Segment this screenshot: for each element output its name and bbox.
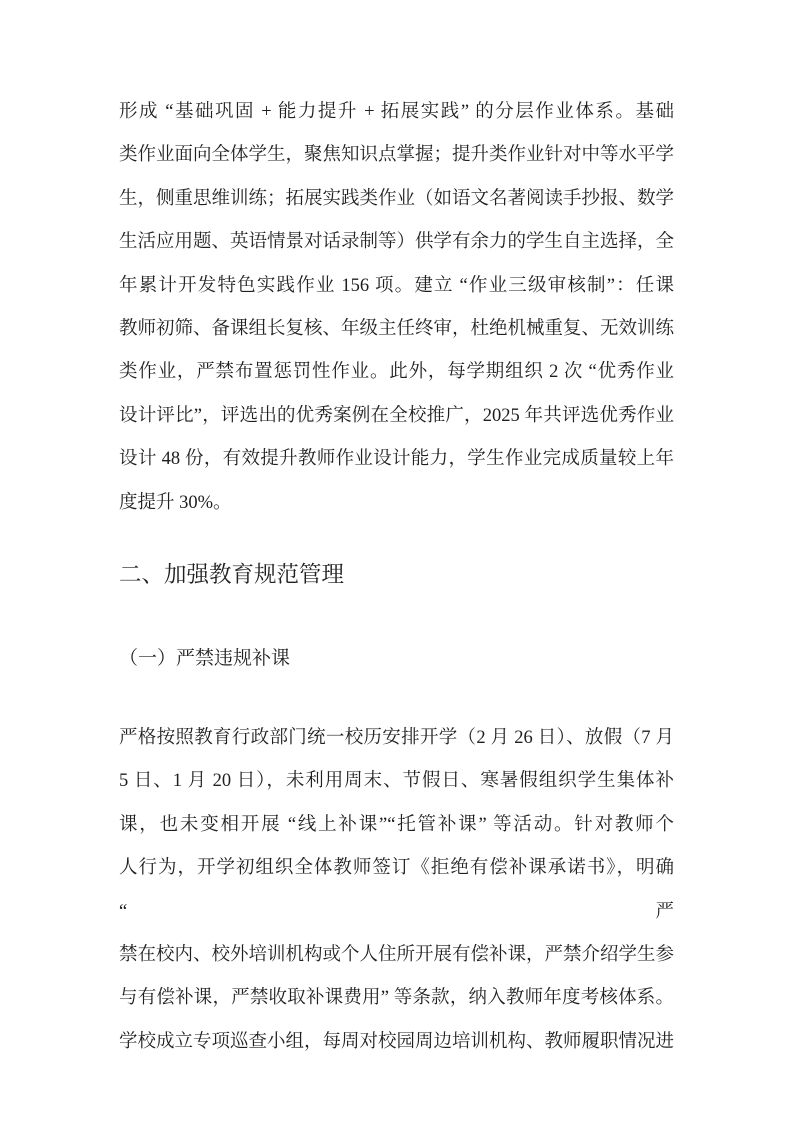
sub-heading: （一）严禁违规补课 <box>119 637 674 680</box>
text-line: 设计评比”，评选出的优秀案例在全校推广，2025 年共评选优秀作业 <box>119 395 674 438</box>
text-line: 教师初筛、备课组长复核、年级主任终审，杜绝机械重复、无效训练 <box>119 308 674 351</box>
text-line: 严格按照教育行政部门统一校历安排开学（2 月 26 日）、放假（7 月 <box>119 717 674 760</box>
text-line: 5 日、1 月 20 日），未利用周末、节假日、寒暑假组织学生集体补 <box>119 760 674 803</box>
text-line: 形成 “基础巩固 + 能力提升 + 拓展实践” 的分层作业体系。基础 <box>119 91 674 134</box>
text-line: 生，侧重思维训练；拓展实践类作业（如语文名著阅读手抄报、数学 <box>119 178 674 221</box>
text-line: 课，也未变相开展 “线上补课”“托管补课” 等活动。针对教师个 <box>119 804 674 847</box>
text-line: 人行为，开学初组织全体教师签订《拒绝有偿补课承诺书》，明确 “严 <box>119 847 674 934</box>
text-line: 学校成立专项巡查小组，每周对校园周边培训机构、教师履职情况进 <box>119 1021 674 1064</box>
paragraph-no-illegal-tutoring: 严格按照教育行政部门统一校历安排开学（2 月 26 日）、放假（7 月 5 日、… <box>119 717 674 1064</box>
text-line: 年累计开发特色实践作业 156 项。建立 “作业三级审核制”：任课 <box>119 265 674 308</box>
text-line: 设计 48 份，有效提升教师作业设计能力，学生作业完成质量较上年 <box>119 438 674 481</box>
text-line: 禁在校内、校外培训机构或个人住所开展有偿补课，严禁介绍学生参 <box>119 934 674 977</box>
document-page: 形成 “基础巩固 + 能力提升 + 拓展实践” 的分层作业体系。基础 类作业面向… <box>0 0 793 1122</box>
text-line: 类作业，严禁布置惩罚性作业。此外，每学期组织 2 次 “优秀作业 <box>119 351 674 394</box>
section-heading: 二、加强教育规范管理 <box>119 553 674 596</box>
paragraph-homework-system: 形成 “基础巩固 + 能力提升 + 拓展实践” 的分层作业体系。基础 类作业面向… <box>119 91 674 525</box>
text-line: 度提升 30%。 <box>119 482 674 525</box>
text-line: 与有偿补课，严禁收取补课费用” 等条款，纳入教师年度考核体系。 <box>119 977 674 1020</box>
text-line: 生活应用题、英语情景对话录制等）供学有余力的学生自主选择，全 <box>119 221 674 264</box>
text-line: 类作业面向全体学生，聚焦知识点掌握；提升类作业针对中等水平学 <box>119 134 674 177</box>
